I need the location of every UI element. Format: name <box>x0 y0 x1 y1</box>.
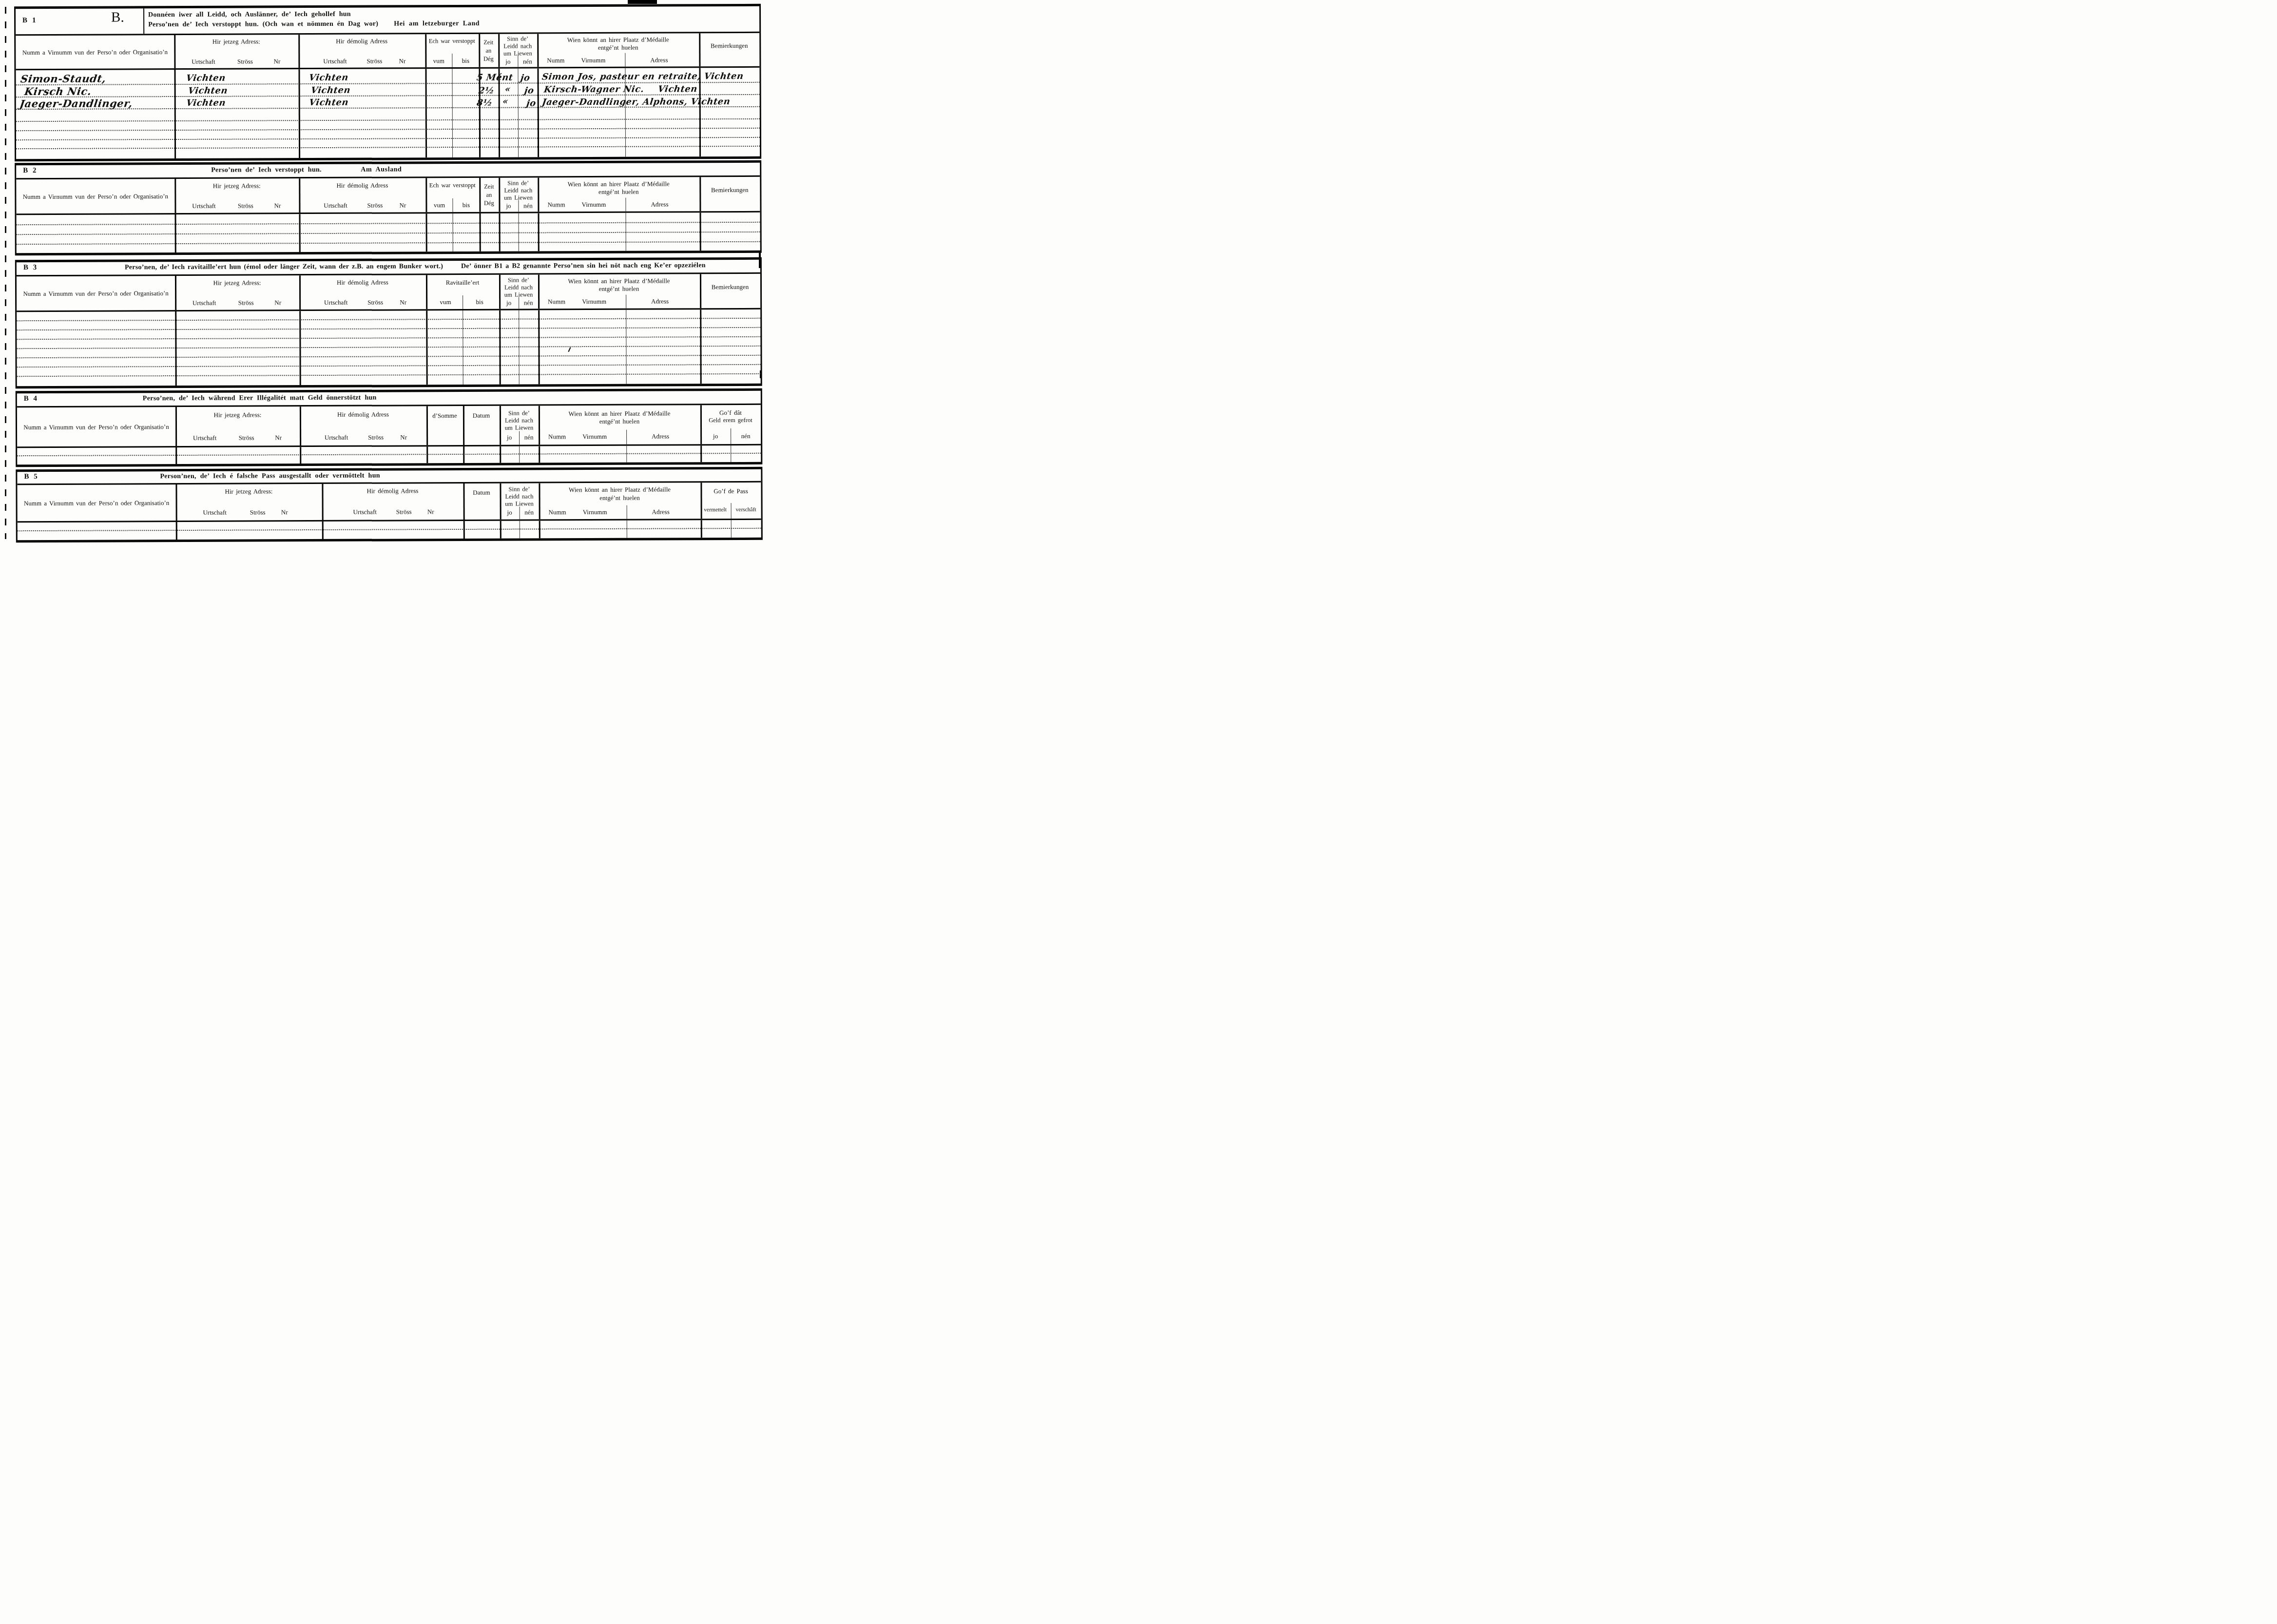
col-urtschaft: Urtschaft <box>182 202 226 210</box>
section-b4-body <box>17 445 761 464</box>
section-id: B 3 <box>23 264 38 272</box>
col-stross: Ströss <box>236 508 280 516</box>
col-demolig-adress: Hir démolig Adress <box>299 181 425 190</box>
col-zeit: an <box>479 192 499 199</box>
v-divider <box>426 310 428 385</box>
col-wien: Wien könnt an hirer Plaatz d’Médaille <box>539 409 700 418</box>
col-demolig-adress: Hir démolig Adress <box>299 278 426 287</box>
col-virnumm: Virnumm <box>576 298 612 306</box>
col-demolig-adress: Hir démolig Adress <box>298 37 425 45</box>
col-nr: Nr <box>267 58 287 65</box>
section-b2-body <box>16 213 760 253</box>
handwritten-demolig: Vichten <box>310 85 351 96</box>
col-stross: Ströss <box>226 434 267 442</box>
col-nr: Nr <box>392 57 412 65</box>
section-b2: B 2 Perso’nen de’ Iech verstoppt hun. Am… <box>15 160 762 255</box>
v-divider <box>175 311 177 386</box>
col-sinn: Sinn de’ <box>500 485 539 493</box>
section-heading-line2: Perso’nen de’ Iech verstoppt hun. (Och w… <box>148 20 378 29</box>
handwritten-name: Jaeger-Dandlinger, <box>19 97 134 110</box>
handwritten-liewen: jo <box>524 85 535 96</box>
v-divider <box>299 214 300 252</box>
handwritten-zeit: 5 Mént <box>476 73 514 83</box>
v-divider <box>174 70 176 158</box>
col-nen: nén <box>519 299 538 307</box>
handwritten-name: Simon-Staudt, <box>20 73 107 85</box>
v-divider <box>699 213 701 251</box>
handwritten-liewen: jo <box>526 98 537 108</box>
col-numm: Numm <box>542 433 572 441</box>
section-b4: B 4 Perso’nen, de’ Iech während Erer Ill… <box>16 388 763 467</box>
col-gof-geld: Go’f dât <box>700 409 761 417</box>
handwritten-demolig: Vichten <box>309 97 349 108</box>
col-urtschaft: Urtschaft <box>313 202 357 210</box>
col-vum: vum <box>427 201 451 209</box>
col-sinn: Sinn de’ <box>499 179 538 187</box>
col-urtschaft: Urtschaft <box>343 508 387 516</box>
col-jo: jo <box>500 434 519 442</box>
col-bis: bis <box>453 57 478 65</box>
section-b1-title: B 1 B. Donnéen iwer all Leidd, och Auslä… <box>16 6 759 36</box>
v-divider <box>426 446 428 463</box>
v-divider <box>499 310 501 385</box>
col-nr: Nr <box>421 508 441 516</box>
col-nr: Nr <box>268 299 288 307</box>
v-divider <box>175 447 177 464</box>
col-urtschaft: Urtschaft <box>182 299 226 307</box>
col-jetzeg-adress: Hir jetzeg Adress: <box>175 279 299 287</box>
col-wien: Wien könnt an hirer Plaatz d’Médaille <box>538 277 700 285</box>
col-stross: Ströss <box>354 298 397 306</box>
col-adress: Adress <box>638 432 682 440</box>
handwritten-demolig: Vichten <box>309 73 349 83</box>
v-subdivider <box>731 445 731 462</box>
v-subdivider <box>626 446 627 463</box>
col-nr: Nr <box>269 434 288 442</box>
col-nr: Nr <box>393 201 412 209</box>
col-wien: entgé’nt huelen <box>538 188 699 196</box>
section-heading-line2: De’ önner B1 a B2 genannte Perso’nen sin… <box>461 262 706 271</box>
col-datum: Datum <box>463 489 500 497</box>
v-subdivider <box>520 521 520 539</box>
col-jetzeg-adress: Hir jetzeg Adress: <box>175 411 300 419</box>
v-divider <box>538 310 540 384</box>
v-subdivider <box>625 198 626 212</box>
col-stross: Ströss <box>354 433 397 441</box>
v-divider <box>463 446 464 463</box>
col-jo: jo <box>499 202 518 210</box>
section-b3: B 3 Perso’nen, de’ Iech ravitaille’ert h… <box>15 257 762 388</box>
col-name: Numm a Virnumm vun der Perso’n oder Orga… <box>17 290 175 298</box>
v-divider <box>299 311 301 385</box>
col-numm: Numm <box>542 298 571 306</box>
col-urtschaft: Urtschaft <box>314 434 358 442</box>
handwritten-jetzeg: Vichten <box>186 98 227 108</box>
v-subdivider <box>627 521 627 538</box>
col-gof-geld: Geld erem gefrot <box>700 417 761 424</box>
col-virnumm: Virnumm <box>576 201 612 209</box>
col-jo: jo <box>700 432 731 440</box>
section-heading-bold: Hei am letzeburger Land <box>394 20 480 28</box>
section-id: B 5 <box>24 473 39 481</box>
col-nr: Nr <box>275 508 294 516</box>
handwritten-liewen: jo <box>520 73 531 83</box>
section-b1: B 1 B. Donnéen iwer all Leidd, och Auslä… <box>14 4 761 161</box>
col-sinn: um Liewen <box>500 424 539 431</box>
col-numm: Numm <box>543 508 572 516</box>
col-verstoppt: Ech war verstoppt <box>425 182 479 189</box>
col-sinn: um Liewen <box>499 291 538 298</box>
v-divider <box>298 69 300 158</box>
v-divider <box>176 522 177 540</box>
col-adress: Adress <box>638 297 682 305</box>
v-subdivider <box>731 520 732 538</box>
col-zeit: Zeit <box>479 183 499 191</box>
col-nen: nén <box>518 202 538 210</box>
v-divider <box>537 68 539 157</box>
col-jo: jo <box>500 509 520 517</box>
col-jo: jo <box>498 58 518 66</box>
section-heading: Perso’nen, de’ Iech während Erer Illégal… <box>143 394 377 403</box>
section-id: B 4 <box>24 395 39 403</box>
col-jetzeg-adress: Hir jetzeg Adress: <box>174 38 298 46</box>
section-b5-header: Numm a Virnumm vun der Perso’n oder Orga… <box>17 483 761 522</box>
v-divider <box>539 446 540 463</box>
col-demolig-adress: Hir démolig Adress <box>300 410 426 419</box>
col-nen: nén <box>731 432 761 440</box>
col-name: Numm a Virnumm vun der Perso’n oder Orga… <box>18 499 176 507</box>
col-zeit: Dég <box>479 56 498 63</box>
section-b1-header: Numm a Virnumm vun der Perso’n oder Orga… <box>16 33 759 70</box>
handwritten-medaille: Simon Jos, pasteur en retraite, Vichten <box>541 71 745 82</box>
section-heading-bold: Am Ausland <box>361 166 402 174</box>
v-subdivider <box>452 54 452 67</box>
col-nen: nén <box>519 433 539 441</box>
col-sinn: Leidd nach <box>499 187 538 194</box>
col-wien: Wien könnt an hirer Plaatz d’Médaille <box>539 485 700 494</box>
col-sinn: Sinn de’ <box>499 276 538 284</box>
col-vum: vum <box>432 298 459 306</box>
handwritten-medaille: Kirsch-Wagner Nic. Vichten <box>543 84 698 95</box>
section-b4-header: Numm a Virnumm vun der Perso’n oder Orga… <box>17 405 761 448</box>
col-urtschaft: Urtschaft <box>181 58 225 66</box>
handwritten-zeit: 2½ <box>478 86 495 96</box>
v-divider <box>538 213 539 251</box>
col-sinn: Leidd nach <box>498 42 537 50</box>
col-gof-pass: Go’f de Pass <box>700 487 761 495</box>
col-zeit: Dég <box>479 200 499 207</box>
col-nen: nén <box>520 508 539 516</box>
col-sinn: um Liewen <box>499 194 538 201</box>
col-jetzeg-adress: Hir jetzeg Adress: <box>175 487 322 496</box>
col-virnumm: Virnumm <box>577 433 613 441</box>
col-verstoppt: Ech war verstoppt <box>425 38 479 45</box>
col-sinn: Leidd nach <box>499 284 538 291</box>
v-subdivider <box>626 430 627 445</box>
handwritten-name: Kirsch Nic. <box>24 85 93 97</box>
col-bemierkungen: Bemierkungen <box>700 283 760 291</box>
v-divider <box>700 445 702 462</box>
col-verschaft: verschâft <box>731 507 761 513</box>
col-name: Numm a Virnumm vun der Perso’n oder Orga… <box>16 193 174 201</box>
col-adress: Adress <box>639 508 683 516</box>
handwritten-jetzeg: Vichten <box>186 73 227 83</box>
col-adress: Adress <box>637 56 681 64</box>
ruled-row <box>17 374 761 386</box>
col-urtschaft: Urtschaft <box>313 58 357 65</box>
v-divider <box>174 214 176 252</box>
col-virnumm: Virnumm <box>577 508 613 516</box>
v-divider <box>425 69 427 157</box>
col-urtschaft: Urtschaft <box>314 299 358 307</box>
col-stross: Ströss <box>353 201 396 209</box>
col-bis: bis <box>454 201 478 209</box>
v-subdivider <box>452 198 453 212</box>
col-bemierkungen: Bemierkungen <box>699 42 759 50</box>
v-divider <box>500 446 501 463</box>
v-subdivider <box>519 446 520 463</box>
col-sinn: Leidd nach <box>500 417 539 424</box>
section-b5-body <box>18 520 761 540</box>
v-divider <box>539 521 540 538</box>
col-urtschaft: Urtschaft <box>193 509 237 517</box>
col-name: Numm a Virnumm vun der Perso’n oder Orga… <box>16 48 174 57</box>
col-urtschaft: Urtschaft <box>183 434 227 442</box>
col-virnumm: Virnumm <box>575 57 611 64</box>
section-b2-header: Numm a Virnumm vun der Perso’n oder Orga… <box>16 177 760 215</box>
col-name: Numm a Virnumm vun der Perso’n oder Orga… <box>17 423 175 431</box>
scan-artifact-top-bar <box>628 0 657 4</box>
col-numm: Numm <box>541 57 570 64</box>
col-vum: vum <box>426 57 451 65</box>
section-heading: Person’nen, de’ Iech é falsche Pass ausg… <box>160 472 380 481</box>
section-b5: B 5 Person’nen, de’ Iech é falsche Pass … <box>16 467 763 542</box>
section-heading-line1: Donnéen iwer all Leidd, och Auslänner, d… <box>148 11 351 19</box>
handwritten-zeit: 8½ <box>476 98 493 108</box>
col-jetzeg-adress: Hir jetzeg Adress: <box>174 182 299 190</box>
section-letter: B. <box>111 9 124 25</box>
col-zeit: an <box>479 47 498 55</box>
col-vermettelt: vermettelt <box>699 507 732 513</box>
section-b3-body <box>17 309 761 386</box>
col-wien: entgé’nt huelen <box>539 494 701 502</box>
col-stross: Ströss <box>225 299 267 307</box>
v-divider <box>300 447 301 464</box>
col-numm: Numm <box>541 201 571 209</box>
v-divider <box>479 213 481 251</box>
v-divider <box>463 521 465 539</box>
scanned-form-sheet: B 1 B. Donnéen iwer all Leidd, och Auslä… <box>0 4 764 542</box>
v-subdivider <box>625 53 625 67</box>
v-subdivider <box>627 505 627 519</box>
col-sinn: Leidd nach <box>500 493 539 500</box>
section-b1-body: Simon-Staudt, Kirsch Nic. Jaeger-Dandlin… <box>16 68 760 159</box>
section-heading: Perso’nen de’ Iech verstoppt hun. <box>211 166 322 174</box>
v-divider <box>425 213 427 251</box>
v-divider <box>499 213 500 251</box>
col-somme: d’Somme <box>426 412 463 420</box>
col-stross: Ströss <box>225 202 266 210</box>
col-wien: entgé’nt huelen <box>538 285 700 293</box>
col-wien: entgé’nt huelen <box>539 417 700 425</box>
col-nen: nén <box>518 58 537 65</box>
col-stross: Ströss <box>353 57 396 65</box>
handwritten-jetzeg: Vichten <box>188 86 229 96</box>
col-nr: Nr <box>393 298 413 306</box>
col-bemierkungen: Bemierkungen <box>699 186 760 194</box>
v-subdivider <box>463 295 463 309</box>
col-sinn: um Liewen <box>498 50 537 57</box>
col-wien: Wien könnt an hirer Plaatz d’Médaille <box>537 36 699 44</box>
section-b3-header: Numm a Virnumm vun der Perso’n oder Orga… <box>17 274 760 312</box>
col-sinn: Sinn de’ <box>500 409 539 417</box>
col-datum: Datum <box>463 412 500 420</box>
col-nr: Nr <box>394 433 413 441</box>
v-divider <box>701 520 702 538</box>
v-divider <box>700 309 702 384</box>
section-heading-line1: Perso’nen, de’ Iech ravitaille’ert hun (… <box>125 263 443 271</box>
v-divider <box>143 8 144 34</box>
col-nr: Nr <box>268 202 287 210</box>
v-subdivider <box>626 295 626 309</box>
col-jo: jo <box>499 299 519 307</box>
col-adress: Adress <box>637 200 681 208</box>
v-divider <box>500 521 502 539</box>
col-sinn: Sinn de’ <box>498 35 537 42</box>
col-wien: entgé’nt huelen <box>537 43 699 52</box>
col-ravitailleert: Ravitaille’ert <box>426 279 499 287</box>
col-zeit: Zeit <box>479 39 498 46</box>
col-demolig-adress: Hir démolig Adress <box>322 487 463 495</box>
v-divider <box>322 522 324 539</box>
col-wien: Wien könnt an hirer Plaatz d’Médaille <box>538 180 699 188</box>
col-sinn: um Liewen <box>500 500 539 507</box>
col-bis: bis <box>466 298 493 306</box>
section-id: B 2 <box>23 167 38 175</box>
handwritten-medaille: Jaeger-Dandlinger, Alphons, Vichten <box>541 97 731 107</box>
col-stross: Ströss <box>382 508 426 516</box>
col-stross: Ströss <box>224 58 266 65</box>
section-id: B 1 <box>22 17 37 25</box>
